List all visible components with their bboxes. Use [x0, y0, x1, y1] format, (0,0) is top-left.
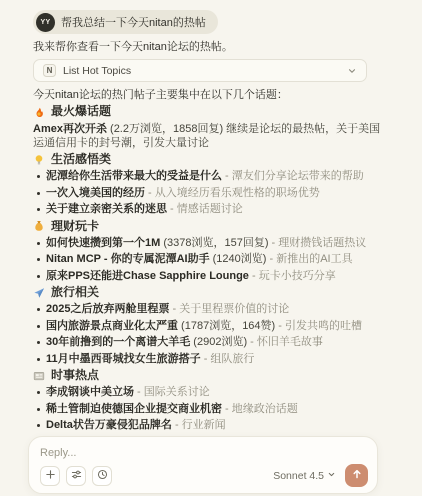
chat-content: YY 帮我总结一下今天nitan的热帖 我来帮你查看一下今天nitan论坛的热帖…: [0, 0, 422, 433]
topic-title: 原来PPS还能进Chase Sapphire Lounge: [46, 270, 249, 282]
bullet-dot: [37, 408, 40, 411]
topic-title: 11月中墨西哥城找女生旅游搭子: [46, 353, 201, 365]
topic-item: 一次入境美国的经历 - 从入境经历看乐观性格的职场优势: [33, 187, 389, 201]
section-title: 旅行相关: [51, 286, 99, 299]
chevron-down-icon: [327, 470, 336, 482]
bullet-dot: [37, 258, 40, 261]
tool-call-label: List Hot Topics: [63, 65, 340, 77]
bullet-dot: [37, 275, 40, 278]
topic-title: Amex再次开杀: [33, 123, 107, 135]
plus-icon: [45, 468, 56, 483]
topic-list: 李成钢谈中美立场 - 国际关系讨论 稀土管制迫使德国企业提交商业机密 - 地缘政…: [33, 386, 389, 433]
topic-title: Nitan MCP - 你的专属泥潭AI助手: [46, 253, 210, 265]
section-title: 最火爆话题: [51, 105, 111, 118]
topic-item: Delta状告万豪侵犯品牌名 - 行业新闻: [33, 419, 389, 433]
topic-desc: - 情感话题讨论: [167, 203, 243, 215]
topic-item: Nitan MCP - 你的专属泥潭AI助手 (1240浏览) - 新推出的AI…: [33, 253, 389, 267]
sliders-icon: [71, 468, 82, 483]
topic-desc: - 行业新闻: [172, 419, 226, 431]
window-bottom-strip: [0, 496, 422, 500]
tool-badge-icon: N: [43, 64, 56, 77]
section-heading: 生活感悟类: [33, 153, 389, 166]
bullet-dot: [37, 325, 40, 328]
chevron-down-icon[interactable]: [347, 66, 357, 76]
topic-desc: - 潭友们分享论坛带来的帮助: [222, 170, 364, 182]
hot-topic-paragraph: Amex再次开杀 (2.2万浏览，1858回复) 继续是论坛的最热帖，关于美国运…: [33, 122, 389, 150]
section-title: 时事热点: [51, 369, 99, 382]
bullet-dot: [37, 175, 40, 178]
newspaper-icon: [33, 370, 45, 382]
topic-desc: - 组队旅行: [201, 353, 255, 365]
airplane-icon: [33, 287, 45, 299]
topic-desc: - 关于里程票价值的讨论: [169, 303, 289, 315]
section-finance: 理财玩卡 如何快速攒到第一个1M (3378浏览，157回复) - 理财攒钱话题…: [33, 220, 389, 284]
topic-title: 泥潭给你生活带来最大的受益是什么: [46, 170, 222, 182]
lightbulb-icon: [33, 154, 45, 166]
summary-intro-text: 今天nitan论坛的热门帖子主要集中在以下几个话题：: [33, 89, 389, 102]
user-avatar: YY: [36, 13, 55, 32]
send-button[interactable]: [345, 464, 368, 487]
topic-title: 一次入境美国的经历: [46, 187, 145, 199]
section-heading: 理财玩卡: [33, 220, 389, 233]
topic-item: 李成钢谈中美立场 - 国际关系讨论: [33, 386, 389, 400]
section-title: 生活感悟类: [51, 153, 111, 166]
money-bag-icon: [33, 220, 45, 232]
model-name: Sonnet 4.5: [273, 470, 324, 482]
topic-desc: - 怀旧羊毛故事: [247, 336, 323, 348]
topic-title: 2025之后放弃两舱里程票: [46, 303, 169, 315]
tool-call-box[interactable]: N List Hot Topics: [33, 59, 367, 82]
topic-title: 国内旅游景点商业化太严重: [46, 320, 178, 332]
topic-item: 30年前撸到的一个离谱大羊毛 (2902浏览) - 怀旧羊毛故事: [33, 336, 389, 350]
bullet-dot: [37, 308, 40, 311]
topic-desc: - 理财攒钱话题热议: [269, 237, 367, 249]
topic-item: 11月中墨西哥城找女生旅游搭子 - 组队旅行: [33, 353, 389, 367]
user-message-text: 帮我总结一下今天nitan的热帖: [61, 14, 206, 30]
topic-list: 2025之后放弃两舱里程票 - 关于里程票价值的讨论 国内旅游景点商业化太严重 …: [33, 303, 389, 366]
model-selector[interactable]: Sonnet 4.5: [273, 470, 336, 482]
topic-stats: (2.2万浏览，1858回复): [107, 123, 226, 135]
topic-item: 国内旅游景点商业化太严重 (1787浏览，164赞) - 引发共鸣的吐槽: [33, 320, 389, 334]
topic-item: 2025之后放弃两舱里程票 - 关于里程票价值的讨论: [33, 303, 389, 317]
bullet-dot: [37, 341, 40, 344]
history-button[interactable]: [92, 466, 112, 486]
section-heading: 旅行相关: [33, 286, 389, 299]
section-heading: 最火爆话题: [33, 105, 389, 118]
arrow-up-icon: [351, 468, 363, 483]
tools-button[interactable]: [66, 466, 86, 486]
topic-desc: - 从入境经历看乐观性格的职场优势: [145, 187, 320, 199]
bullet-dot: [37, 192, 40, 195]
topic-desc: - 引发共鸣的吐槽: [275, 320, 362, 332]
bullet-dot: [37, 208, 40, 211]
section-travel: 旅行相关 2025之后放弃两舱里程票 - 关于里程票价值的讨论 国内旅游景点商业…: [33, 286, 389, 366]
section-hottest: 最火爆话题 Amex再次开杀 (2.2万浏览，1858回复) 继续是论坛的最热帖…: [33, 105, 389, 150]
reply-composer: Sonnet 4.5: [28, 436, 378, 495]
composer-toolbar: Sonnet 4.5: [40, 464, 368, 487]
clock-icon: [97, 468, 108, 483]
section-life: 生活感悟类 泥潭给你生活带来最大的受益是什么 - 潭友们分享论坛带来的帮助 一次…: [33, 153, 389, 217]
section-heading: 时事热点: [33, 369, 389, 382]
topic-title: Delta状告万豪侵犯品牌名: [46, 419, 172, 431]
bullet-dot: [37, 424, 40, 427]
topic-item: 关于建立亲密关系的迷思 - 情感话题讨论: [33, 203, 389, 217]
topic-title: 如何快速攒到第一个1M: [46, 237, 160, 249]
topic-item: 如何快速攒到第一个1M (3378浏览，157回复) - 理财攒钱话题热议: [33, 237, 389, 251]
attach-button[interactable]: [40, 466, 60, 486]
bullet-dot: [37, 242, 40, 245]
fire-icon: [33, 106, 45, 118]
topic-title: 30年前撸到的一个离谱大羊毛: [46, 336, 190, 348]
topic-title: 稀土管制迫使德国企业提交商业机密: [46, 403, 222, 415]
topic-desc: - 国际关系讨论: [134, 386, 210, 398]
topic-desc: - 地缘政治话题: [222, 403, 298, 415]
topic-item: 泥潭给你生活带来最大的受益是什么 - 潭友们分享论坛带来的帮助: [33, 170, 389, 184]
topic-list: 泥潭给你生活带来最大的受益是什么 - 潭友们分享论坛带来的帮助 一次入境美国的经…: [33, 170, 389, 217]
bullet-dot: [37, 358, 40, 361]
topic-desc: - 玩卡小技巧分享: [249, 270, 336, 282]
section-title: 理财玩卡: [51, 220, 99, 233]
topic-list: 如何快速攒到第一个1M (3378浏览，157回复) - 理财攒钱话题热议 Ni…: [33, 237, 389, 284]
topic-item: 稀土管制迫使德国企业提交商业机密 - 地缘政治话题: [33, 403, 389, 417]
bullet-dot: [37, 391, 40, 394]
topic-title: 关于建立亲密关系的迷思: [46, 203, 167, 215]
topic-item: 原来PPS还能进Chase Sapphire Lounge - 玩卡小技巧分享: [33, 270, 389, 284]
assistant-intro-text: 我来帮你查看一下今天nitan论坛的热帖。: [33, 41, 389, 54]
topic-desc: - 新推出的AI工具: [266, 253, 352, 265]
topic-title: 李成钢谈中美立场: [46, 386, 134, 398]
reply-input[interactable]: [40, 446, 368, 459]
user-message-bubble: YY 帮我总结一下今天nitan的热帖: [33, 10, 218, 34]
section-news: 时事热点 李成钢谈中美立场 - 国际关系讨论 稀土管制迫使德国企业提交商业机密 …: [33, 369, 389, 433]
user-message-row: YY 帮我总结一下今天nitan的热帖: [33, 10, 389, 34]
